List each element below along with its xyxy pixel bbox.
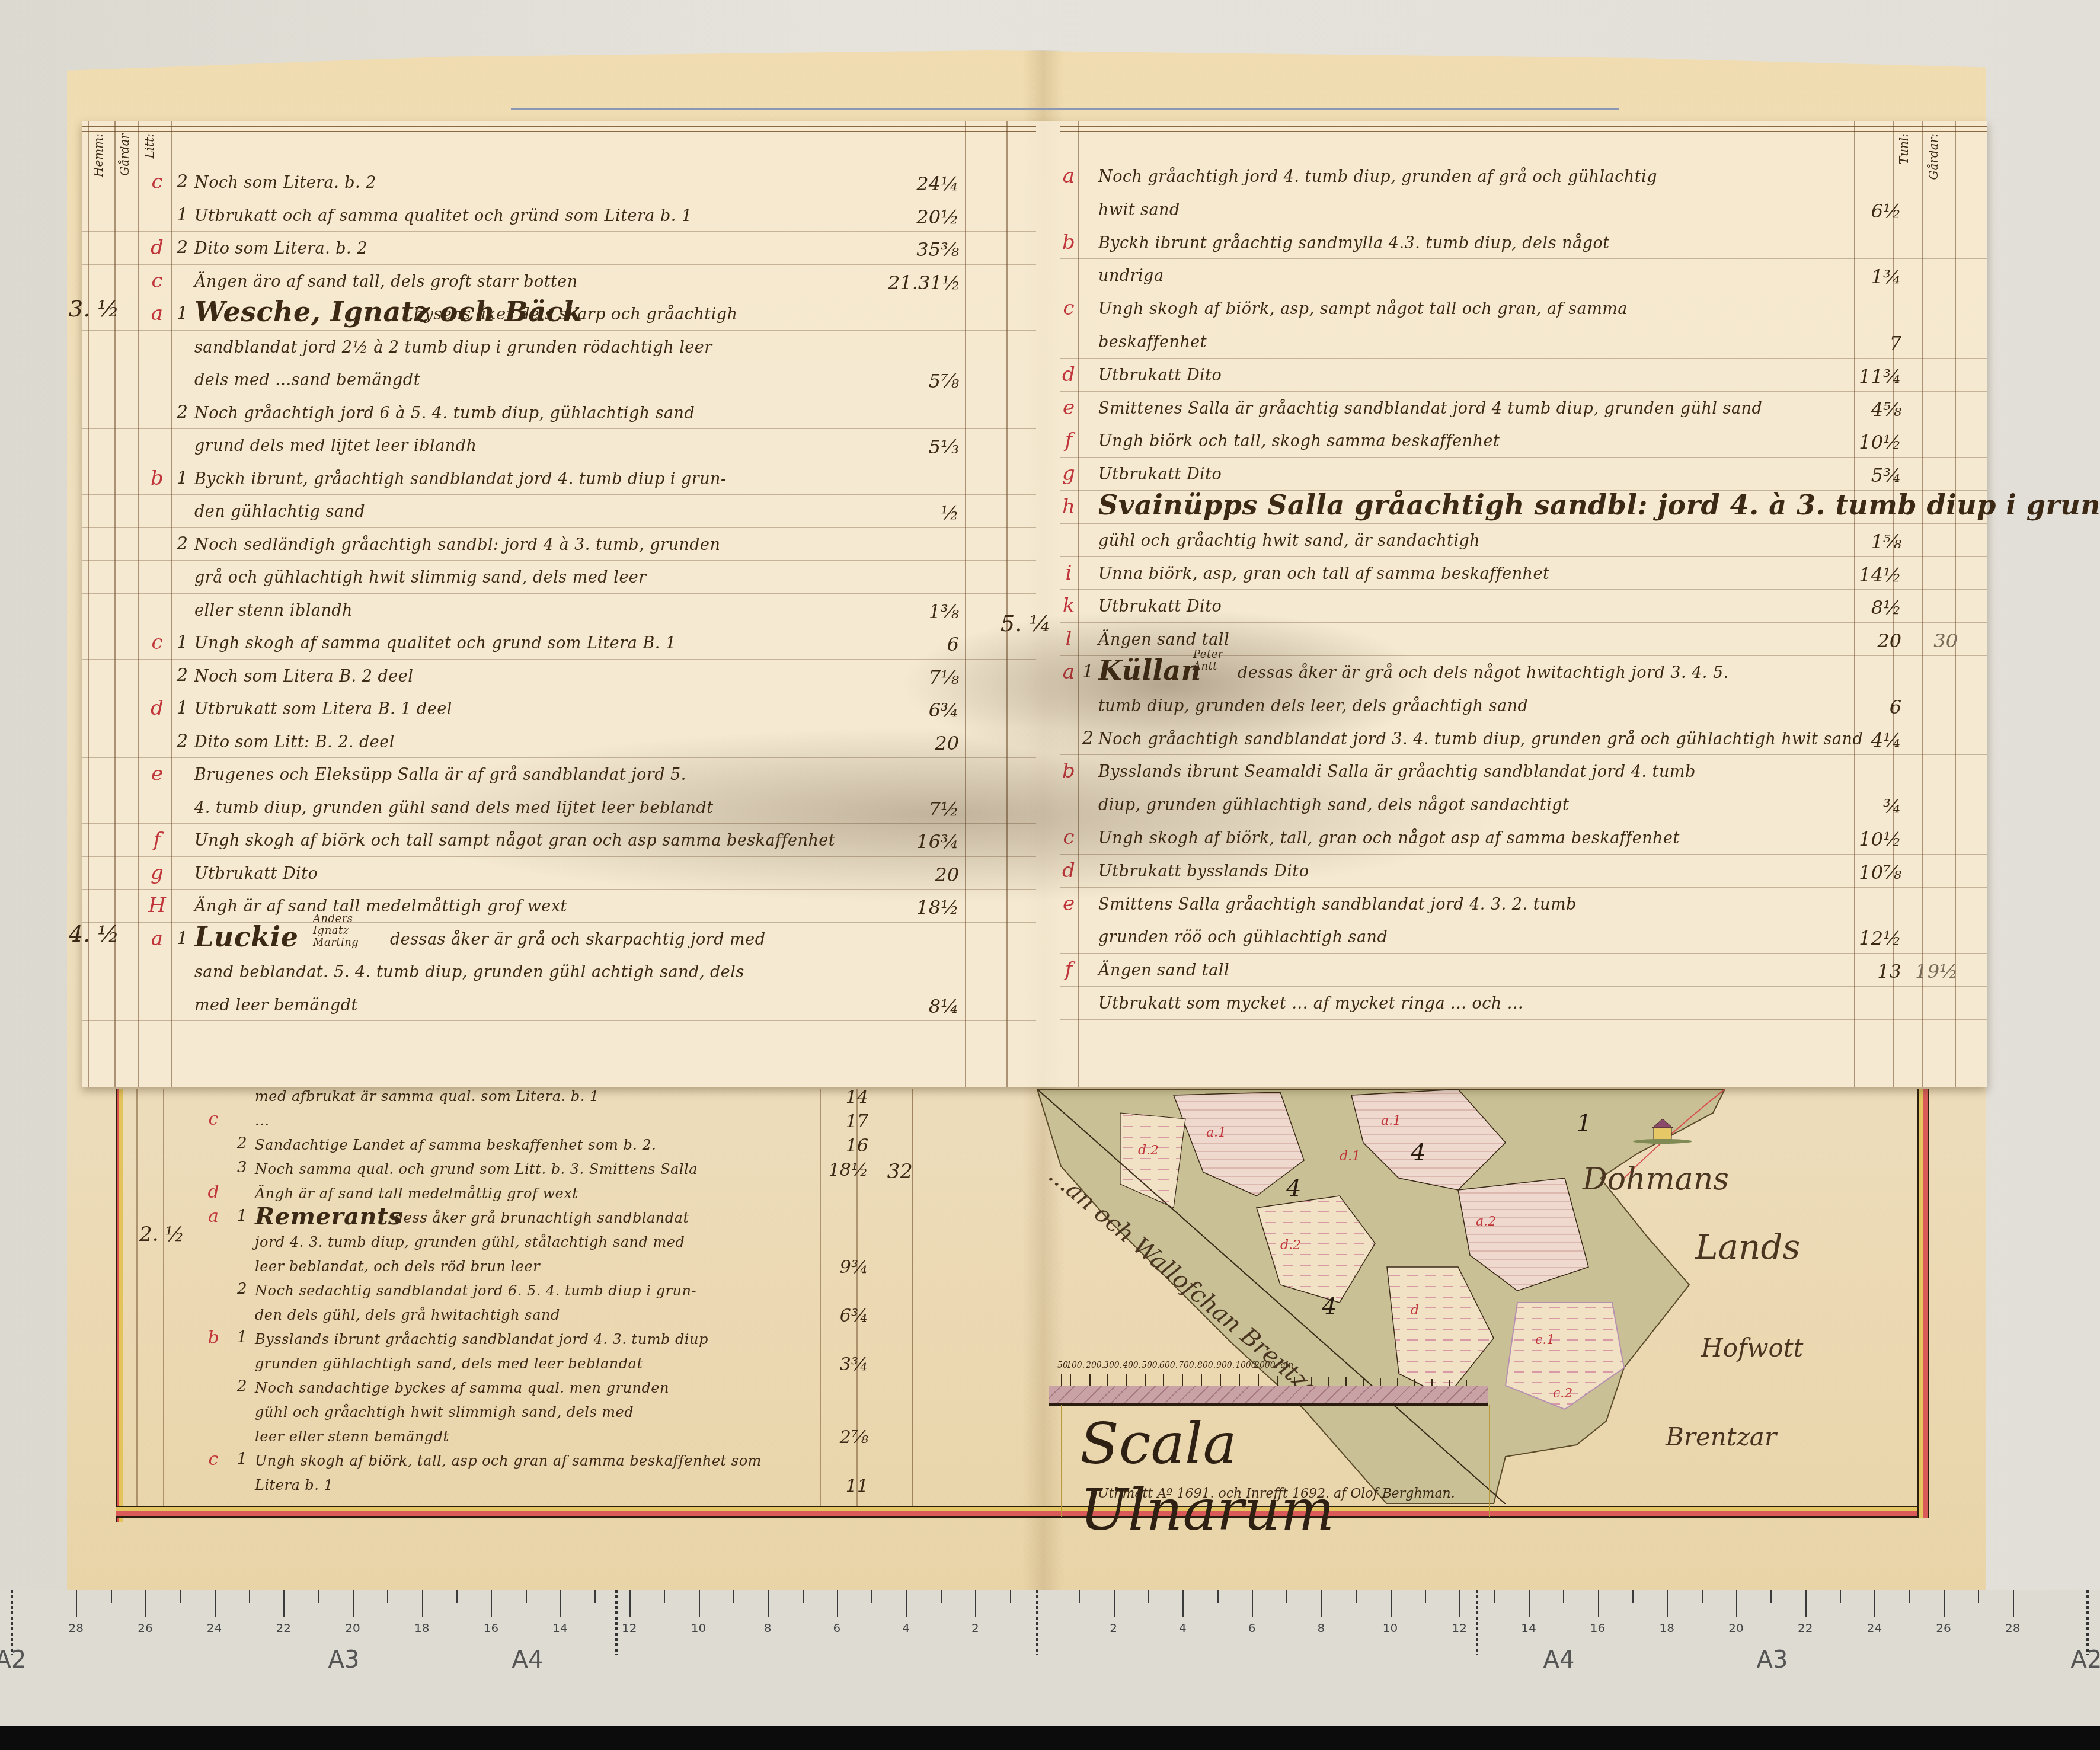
ruler-tick	[975, 1590, 976, 1617]
ruler-tick-label: 22	[276, 1621, 291, 1635]
col-header-gardar: Gårdar	[117, 133, 132, 176]
ruler-minor-tick	[1494, 1590, 1495, 1603]
entry-text: Bysslands ibrunt gråachtig sandblandat j…	[255, 1331, 708, 1348]
ruler-paper-size-mark	[1036, 1590, 1038, 1655]
litt-letter: d	[148, 236, 166, 260]
ruler-minor-tick	[526, 1590, 527, 1603]
svg-text:4: 4	[1286, 1175, 1301, 1202]
svg-text:d.2: d.2	[1280, 1238, 1301, 1253]
acreage-amount: 16	[797, 1135, 868, 1156]
ruler-tick-label: 14	[552, 1621, 567, 1635]
ruler-tick	[353, 1590, 354, 1617]
litt-letter: a	[148, 302, 166, 325]
acreage-amount: 10⅞	[1830, 861, 1901, 884]
entry-number: 2	[177, 665, 188, 686]
litt-letter: b	[148, 466, 166, 490]
entry-text: Ängen sand tall	[1098, 961, 1229, 980]
scale-tick-label: 500.	[1142, 1361, 1160, 1370]
row-rule	[1060, 589, 1987, 590]
acreage-amount: 20½	[888, 206, 959, 228]
ruler-minor-tick	[733, 1590, 734, 1603]
top-rule-line	[511, 108, 1619, 110]
ruler-paper-size-mark	[2086, 1590, 2089, 1655]
acreage-amount: 35⅜	[888, 238, 959, 261]
row-rule	[1060, 920, 1987, 920]
acreage-amount: 17	[797, 1111, 868, 1132]
acreage-amount: 14	[797, 1087, 868, 1108]
entry-text: Utbrukatt Dito	[1098, 366, 1222, 385]
entry-text: den gühlachtig sand	[194, 503, 365, 521]
litt-letter: i	[1060, 561, 1078, 585]
entry-text: med leer bemängdt	[194, 996, 358, 1015]
svg-text:a.1: a.1	[1206, 1125, 1226, 1140]
map-label-hofwott: Hofwott	[1701, 1333, 1803, 1362]
ledger-overlay-sheet: Hemm: Gårdar Litt: c2Noch som Litera. b.…	[82, 121, 1987, 1087]
litt-letter: d	[148, 696, 166, 720]
ruler-minor-tick	[941, 1590, 942, 1603]
ruler-tick-label: 6	[1248, 1621, 1256, 1635]
svg-text:d.2: d.2	[1138, 1143, 1159, 1158]
entry-text: grunden gühlachtigh sand, dels med leer …	[255, 1355, 643, 1372]
ruler-minor-tick	[1148, 1590, 1149, 1603]
litt-letter: c	[148, 631, 166, 654]
row-rule	[82, 626, 1036, 626]
acreage-amount: 10½	[1830, 828, 1901, 850]
scale-tick-label: 2000. aln	[1254, 1361, 1293, 1370]
row-rule	[82, 1020, 1036, 1021]
entry-number: 1	[237, 1207, 247, 1225]
scale-bar-body	[1049, 1386, 1488, 1406]
owner-name: Anders	[313, 913, 353, 925]
acreage-amount: 3¾	[797, 1354, 868, 1375]
scale-tick-label: 800.	[1197, 1361, 1216, 1370]
acreage-amount: 8¼	[888, 995, 959, 1018]
ruler-tick	[1252, 1590, 1253, 1617]
ruler-tick	[560, 1590, 561, 1617]
entry-number: 1	[177, 468, 188, 488]
paper-size-label: A3	[328, 1646, 360, 1674]
entry-number: 1	[237, 1450, 247, 1468]
entry-text: Noch sandachtige byckes af samma qual. m…	[255, 1380, 669, 1396]
row-rule	[82, 231, 1036, 232]
ruler-tick-label: 20	[345, 1621, 360, 1635]
acreage-amount: ½	[888, 501, 959, 524]
entry-text: sand beblandat. 5. 4. tumb diup, grunden…	[194, 963, 744, 981]
entry-text: Ungh skogh af samma qualitet och grund s…	[194, 634, 676, 652]
entry-text: Noch som Litera. b. 2	[194, 174, 376, 192]
ruler-minor-tick	[318, 1590, 319, 1603]
frame-border-left	[116, 1089, 123, 1522]
svg-text:d: d	[1411, 1303, 1419, 1318]
acreage-amount: 1⅜	[888, 600, 959, 623]
acreage-amount: 7	[1830, 332, 1901, 354]
ruler-tick	[629, 1590, 631, 1617]
acreage-amount-secondary: 32	[842, 1160, 913, 1183]
litt-letter: c	[1060, 296, 1078, 320]
scan-bottom-edge	[0, 1726, 2100, 1750]
ruler-tick	[837, 1590, 838, 1617]
entry-text: Sandachtige Landet af samma beskaffenhet…	[255, 1137, 657, 1153]
scale-subtitle: Uthmätt Aº 1691. och Inrefft 1692. af Ol…	[1098, 1486, 1455, 1501]
ruler-tick-label: 4	[902, 1621, 910, 1635]
entry-number: 1	[177, 928, 188, 949]
entry-text: beskaffenhet	[1098, 333, 1207, 351]
ruler-tick	[283, 1590, 285, 1617]
entry-number: 1	[177, 204, 188, 225]
ruler-tick	[1667, 1590, 1668, 1617]
entry-text: Ängh är af sand tall medelmåttigh grof w…	[194, 897, 567, 916]
acreage-amount: 11¾	[1830, 365, 1901, 388]
acreage-amount: 5⅞	[888, 370, 959, 392]
row-rule	[1060, 258, 1987, 259]
entry-text: Smittens Salla gråachtigh sandblandat jo…	[1098, 895, 1577, 914]
svg-text:a.1: a.1	[1381, 1114, 1401, 1128]
ruler-minor-tick	[871, 1590, 872, 1603]
entry-number: 1	[177, 303, 188, 324]
entry-text: Ungh biörk och tall, skogh samma beskaff…	[1098, 432, 1500, 450]
ruler-paper-size-mark	[1476, 1590, 1478, 1655]
ruler-minor-tick	[1286, 1590, 1287, 1603]
entry-text: jord 4. 3. tumb diup, grunden gühl, stål…	[255, 1234, 685, 1250]
ruler-tick-label: 16	[1590, 1621, 1605, 1635]
ruler-tick	[1874, 1590, 1875, 1617]
entry-text: dels med ...sand bemängdt	[194, 371, 420, 389]
map-label-land: Lands	[1695, 1227, 1800, 1267]
entry-text: med afbrukat är samma qual. som Litera. …	[255, 1088, 599, 1105]
row-rule	[1060, 325, 1987, 325]
ledger-left-page: Hemm: Gårdar Litt: c2Noch som Litera. b.…	[82, 121, 1036, 1087]
entry-number: 2	[237, 1377, 247, 1395]
ruler-tick-label: 26	[1936, 1621, 1951, 1635]
row-rule	[1060, 391, 1987, 392]
scale-tick-label: 600.	[1159, 1361, 1178, 1370]
ruler-tick-label: 20	[1728, 1621, 1743, 1635]
ledger-right-page: Tunl: Gårdar: 5. ¼ aNoch gråachtigh jord…	[1060, 121, 1987, 1087]
litt-letter: a	[148, 927, 166, 951]
entry-text-cont: dess åker grå brunachtigh sandblandat	[394, 1210, 689, 1226]
ruler-tick-label: 18	[414, 1621, 429, 1635]
entry-text: Byckh ibrunt gråachtig sandmylla 4.3. tu…	[1098, 234, 1610, 252]
acreage-amount: 14½	[1830, 564, 1901, 586]
scale-tick-label: 100.	[1066, 1361, 1085, 1370]
ruler-tick-label: 24	[1867, 1621, 1882, 1635]
row-rule	[1060, 358, 1987, 359]
col-header-hemman: Hemm:	[91, 133, 106, 177]
ruler-minor-tick	[664, 1590, 665, 1603]
frame-border-right	[1917, 1089, 1929, 1518]
ruler-tick-label: 8	[1317, 1621, 1325, 1635]
row-rule	[82, 494, 1036, 495]
svg-text:c.2: c.2	[1553, 1386, 1572, 1401]
entry-text: Litera b. 1	[255, 1477, 333, 1493]
row-rule	[1060, 292, 1987, 292]
litt-letter: d	[1060, 363, 1078, 386]
row-rule	[82, 955, 1036, 955]
row-rule	[82, 264, 1036, 265]
entry-text: Ängh är af sand tall medelmåttig grof we…	[255, 1185, 578, 1202]
row-rule	[1060, 523, 1987, 524]
frame-border-bottom	[116, 1506, 1929, 1518]
entry-text: undriga	[1098, 267, 1164, 285]
entry-text: Noch som Litera B. 2 deel	[194, 667, 413, 686]
ruler-tick-label: 8	[764, 1621, 772, 1635]
ruler-paper-size-mark	[11, 1590, 13, 1655]
svg-text:4: 4	[1321, 1293, 1337, 1320]
acreage-amount: ¾	[1830, 795, 1901, 817]
entry-text-cont: bysens åker dels skarp och gråachtigh	[414, 305, 737, 324]
ruler-minor-tick	[1840, 1590, 1841, 1603]
ruler-tick	[1805, 1590, 1807, 1617]
row-rule	[82, 692, 1036, 692]
row-rule	[82, 199, 1036, 199]
paper-size-label: A2	[0, 1646, 26, 1674]
entry-text: Noch sedachtig sandblandat jord 6. 5. 4.…	[255, 1282, 696, 1299]
ruler-tick-label: 6	[833, 1621, 841, 1635]
acreage-amount: 21.31½	[888, 271, 959, 294]
ruler-tick-label: 4	[1179, 1621, 1187, 1635]
entry-text: grunden röö och gühlachtigh sand	[1098, 928, 1388, 946]
entry-text: leer eller stenn bemängdt	[255, 1428, 449, 1445]
entry-text: Dito som Litt: B. 2. deel	[194, 733, 395, 751]
acreage-amount: 12½	[1830, 927, 1901, 949]
row-rule	[1060, 457, 1987, 458]
litt-letter: b	[204, 1327, 222, 1348]
litt-letter: e	[1060, 396, 1078, 420]
scale-tick-label: 300.	[1104, 1361, 1122, 1370]
entry-text: Utbrukatt som mycket ... af mycket ringa…	[1098, 994, 1523, 1013]
row-rule	[82, 988, 1036, 988]
entry-text: Ungh skogh af biörk, tall, asp och gran …	[255, 1453, 762, 1469]
ruler-tick-label: 18	[1660, 1621, 1674, 1635]
entry-number: 2	[177, 402, 188, 423]
ruler-tick-label: 16	[484, 1621, 498, 1635]
ruler-tick-label: 2	[971, 1621, 979, 1635]
entry-text: Byckh ibrunt, gråachtigh sandblandat jor…	[194, 470, 727, 488]
litt-letter: e	[148, 762, 166, 786]
entry-number: 2	[237, 1280, 247, 1298]
ruler-tick	[76, 1590, 77, 1617]
ruler-tick	[1598, 1590, 1599, 1617]
scale-bar: 50.100.200.300.400.500.600.700.800.900.1…	[1049, 1374, 1488, 1403]
hemman-marker: 2. ½	[139, 1223, 184, 1246]
row-rule	[82, 527, 1036, 528]
owner-name: Ignatz	[313, 924, 349, 937]
svg-text:c.1: c.1	[1535, 1333, 1555, 1348]
litt-letter: c	[148, 170, 166, 194]
ruler-tick	[145, 1590, 146, 1617]
ruler-minor-tick	[1010, 1590, 1011, 1603]
svg-text:1: 1	[1577, 1109, 1591, 1137]
ruler-minor-tick	[594, 1590, 596, 1603]
acreage-amount: 1⅝	[1830, 530, 1901, 553]
entry-text: Smittenes Salla är gråachtig sandblandat…	[1098, 399, 1762, 418]
entry-number: 2	[177, 533, 188, 554]
entry-text: Utbrukatt som Litera B. 1 deel	[194, 700, 452, 718]
scale-title: Scala Ulnarum	[1080, 1410, 1489, 1543]
litt-letter: a	[1060, 164, 1078, 188]
scale-tick-label: 900.	[1216, 1361, 1235, 1370]
row-rule	[1060, 1019, 1987, 1020]
ruler-tick	[491, 1590, 492, 1617]
ruler-tick	[1736, 1590, 1737, 1617]
acreage-amount: 6½	[1830, 200, 1901, 222]
scale-tick-label: 400.	[1123, 1361, 1141, 1370]
ruler-minor-tick	[1425, 1590, 1426, 1603]
ruler-tick	[906, 1590, 907, 1617]
ruler-tick-label: 22	[1798, 1621, 1813, 1635]
row-rule	[1060, 193, 1987, 193]
entry-text-cont: dessas åker är grå och skarpachtig jord …	[390, 930, 765, 949]
ruler-minor-tick	[111, 1590, 112, 1603]
ruler-minor-tick	[180, 1590, 181, 1603]
acreage-amount: 1¾	[1830, 265, 1901, 288]
litt-letter: f	[148, 828, 166, 852]
map-label-brentzar: Brentzar	[1666, 1422, 1776, 1451]
map-label-village: Dohmans	[1583, 1162, 1729, 1197]
ruler-tick	[1114, 1590, 1115, 1617]
paper-size-label: A4	[1543, 1646, 1575, 1674]
paper-size-label: A3	[1757, 1646, 1788, 1674]
ruler-minor-tick	[249, 1590, 250, 1603]
ruler-tick-label: 12	[1452, 1621, 1466, 1635]
entry-text: sandblandat jord 2½ à 2 tumb diup i grun…	[194, 338, 712, 357]
row-rule	[82, 462, 1036, 462]
acreage-amount-secondary: 30	[1887, 629, 1958, 652]
ruler-tick-label: 12	[622, 1621, 637, 1635]
entry-text: Noch samma qual. och grund som Litt. b. …	[255, 1161, 698, 1178]
acreage-amount: 4¼	[1830, 729, 1901, 751]
scale-tick-label: 200.	[1086, 1361, 1104, 1370]
acreage-amount: 24¼	[888, 172, 959, 195]
row-rule	[82, 560, 1036, 561]
ink-offset-smudge	[378, 726, 1504, 904]
entry-text: grund dels med lijtet leer iblandh	[194, 437, 477, 455]
scale-ticks: 50.100.200.300.400.500.600.700.800.900.1…	[1049, 1374, 1488, 1386]
ledger-header-rule-right	[1060, 126, 1987, 132]
entry-text: eller stenn iblandh	[194, 602, 353, 620]
litt-letter: c	[204, 1109, 222, 1130]
entry-text: Noch sedländigh gråachtigh sandbl: jord …	[194, 536, 720, 554]
ruler-tick-label: 10	[691, 1621, 706, 1635]
entry-text: Utbrukatt och af samma qualitet och grün…	[194, 207, 692, 225]
litt-letter: f	[1060, 958, 1078, 981]
acreage-amount: 6¾	[797, 1306, 868, 1326]
ruler-minor-tick	[803, 1590, 804, 1603]
row-rule	[1060, 424, 1987, 424]
litt-letter: f	[1060, 428, 1078, 452]
col-header-gardar-right: Gårdar:	[1926, 133, 1941, 180]
ruler-tick-label: 2	[1110, 1621, 1117, 1635]
ruler-tick-label: 28	[2005, 1621, 2020, 1635]
entry-text: Noch gråachtigh jord 4. tumb diup, grund…	[1098, 168, 1657, 186]
row-rule	[1060, 226, 1987, 226]
svg-text:d.1: d.1	[1340, 1149, 1360, 1164]
entry-text: Utbrukatt Dito	[194, 865, 318, 883]
ruler-tick	[1459, 1590, 1460, 1617]
ruler-tick	[1391, 1590, 1392, 1617]
ruler-tick	[1529, 1590, 1530, 1617]
row-rule	[82, 659, 1036, 660]
entry-text: Dito som Litera. b. 2	[194, 239, 367, 258]
ruler-tick	[1321, 1590, 1322, 1617]
ruler-tick	[768, 1590, 769, 1617]
paper-size-label: A4	[512, 1646, 544, 1674]
entry-text: gühl och gråachtigh hwit slimmigh sand, …	[255, 1404, 634, 1421]
entry-number: 1	[177, 698, 188, 718]
row-rule	[82, 330, 1036, 331]
row-rule	[1060, 986, 1987, 987]
col-header-tunl: Tunl:	[1897, 133, 1911, 164]
row-rule	[82, 725, 1036, 725]
ruler-minor-tick	[456, 1590, 458, 1603]
hemman-marker: 4. ½	[69, 921, 119, 947]
entry-text: Svainüpps Salla gråachtigh sandbl: jord …	[1098, 489, 2100, 521]
entry-text: Ängen äro af sand tall, dels groft starr…	[194, 273, 578, 291]
litt-letter: c	[204, 1449, 222, 1470]
row-rule	[82, 593, 1036, 594]
paper-size-label: A2	[2071, 1646, 2100, 1674]
entry-number: 2	[177, 171, 188, 192]
ruler-minor-tick	[1356, 1590, 1357, 1603]
acreage-amount: 4⅝	[1830, 398, 1901, 421]
ruler-tick	[699, 1590, 700, 1617]
acreage-amount: 6	[1830, 696, 1901, 718]
ruler-minor-tick	[1563, 1590, 1564, 1603]
ruler-tick	[215, 1590, 216, 1617]
row-rule	[1060, 556, 1987, 557]
ruler-minor-tick	[1632, 1590, 1634, 1603]
entry-text: grå och gühlachtigh hwit slimmig sand, d…	[194, 568, 647, 587]
acreage-amount: 9¾	[797, 1257, 868, 1278]
svg-text:a.2: a.2	[1476, 1214, 1496, 1229]
acreage-amount: 8½	[1830, 596, 1901, 619]
litt-letter: g	[148, 861, 166, 885]
litt-letter: H	[148, 894, 166, 917]
col-header-litt: Litt:	[142, 133, 156, 159]
litt-letter: c	[148, 269, 166, 293]
entry-text: hwit sand	[1098, 201, 1180, 219]
entry-number: 2	[177, 237, 188, 258]
entry-text: den dels gühl, dels grå hwitachtigh sand	[255, 1307, 560, 1323]
acreage-amount: 10½	[1830, 431, 1901, 453]
acreage-amount: 11	[797, 1476, 868, 1496]
entry-text: gühl och gråachtig hwit sand, är sandach…	[1098, 532, 1480, 550]
owner-name: Marting	[313, 936, 359, 949]
entry-text: Ungh skogh af biörk, asp, sampt något ta…	[1098, 300, 1628, 318]
ruler-tick-label: 26	[138, 1621, 152, 1635]
entry-number: 2	[237, 1134, 247, 1152]
ruler-minor-tick	[1217, 1590, 1219, 1603]
ruler-tick-label: 28	[68, 1621, 83, 1635]
row-rule	[82, 396, 1036, 396]
acreage-amount: 2⅞	[797, 1427, 868, 1448]
ruler-minor-tick	[1702, 1590, 1703, 1603]
entry-number: 1	[237, 1329, 247, 1346]
ruler-tick-label: 24	[207, 1621, 222, 1635]
ruler-tick	[1182, 1590, 1184, 1617]
ruler-tick-label: 14	[1521, 1621, 1536, 1635]
litt-letter: h	[1060, 495, 1078, 519]
entry-text: Unna biörk, asp, gran och tall af samma …	[1098, 565, 1549, 583]
ruler-tick	[422, 1590, 423, 1617]
ruler-minor-tick	[1909, 1590, 1910, 1603]
scale-tick-label: 700.	[1178, 1361, 1197, 1370]
entry-text: ...	[255, 1112, 269, 1129]
litt-letter: d	[204, 1182, 222, 1202]
acreage-amount-secondary: 19½	[1887, 960, 1958, 983]
ruler-minor-tick	[1978, 1590, 1979, 1603]
ruler-tick	[2013, 1590, 2014, 1617]
